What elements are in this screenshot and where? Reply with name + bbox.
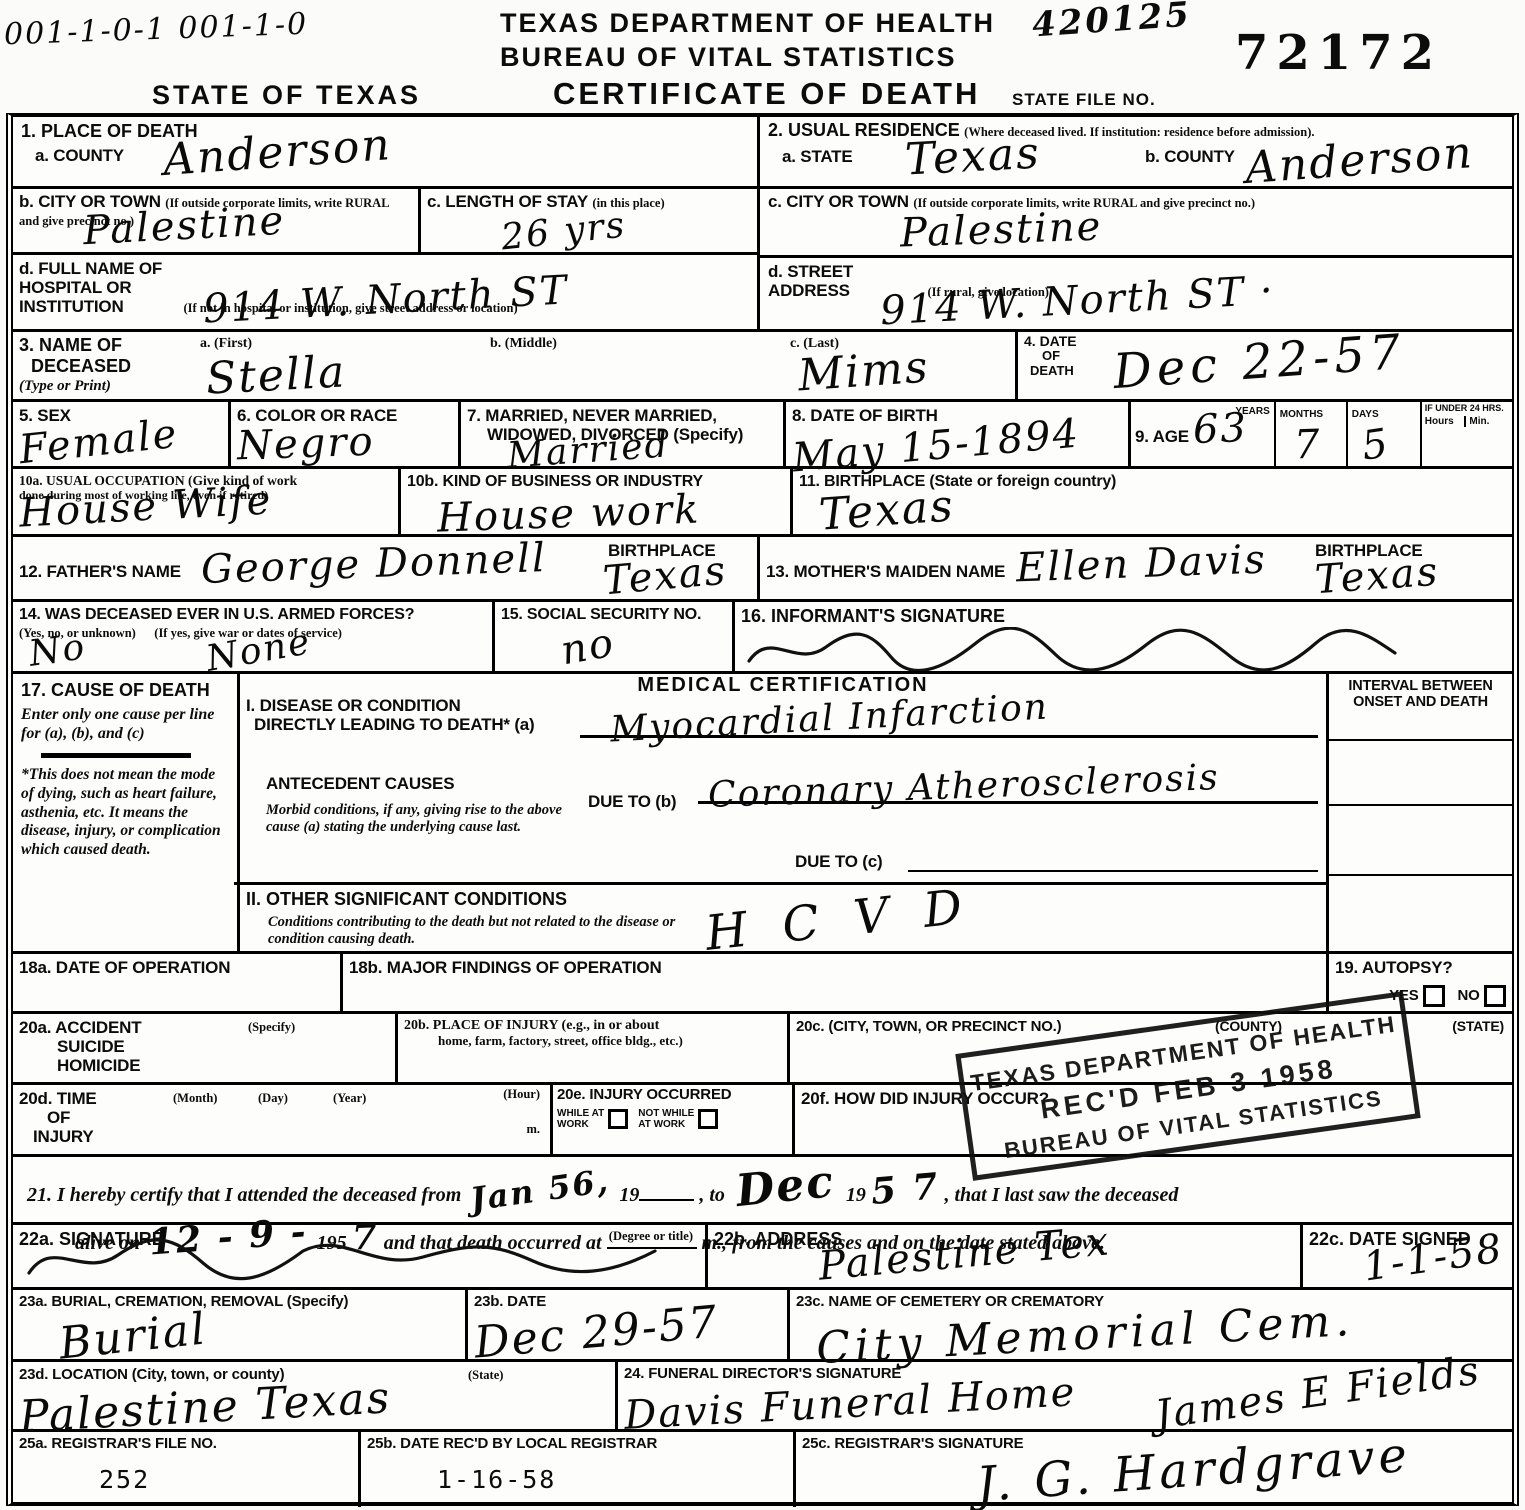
s1d-label: d. FULL NAME OF HOSPITAL OR INSTITUTION [19,259,179,316]
row-place-residence: 1. PLACE OF DEATH a. COUNTY Anderson b. … [13,117,1512,332]
s20c-label: 20c. (CITY, TOWN, OR PRECINCT NO.) [796,1018,1061,1035]
section-14-armed-forces: 14. WAS DECEASED EVER IN U.S. ARMED FORC… [13,602,495,671]
s3-title2: DECEASED [31,356,192,377]
section-25b: 25b. DATE REC'D BY LOCAL REGISTRAR 1-16-… [361,1432,796,1507]
cause-b-value: Coronary Atherosclerosis [707,757,1220,816]
department-line: TEXAS DEPARTMENT OF HEALTH [500,8,995,39]
s1c-stay-value: 26 yrs [499,205,628,259]
row-occupation-birthplace: 10a. USUAL OCCUPATION (Give kind of work… [13,469,1512,537]
s21-text4: 19 [846,1184,866,1206]
s23d-state-note: (State) [468,1368,503,1382]
s6-value: Negro [236,419,375,470]
interval-label1: INTERVAL BETWEEN [1333,678,1508,694]
s20e-label: 20e. INJURY OCCURRED [557,1087,788,1104]
section-24: 24. FUNERAL DIRECTOR'S SIGNATURE Davis F… [618,1362,1512,1429]
funeral-director-signature: James E Fields [1153,1347,1484,1438]
s23a-label: 23a. BURIAL, CREMATION, REMOVAL (Specify… [19,1294,459,1311]
s16-label: 16. INFORMANT'S SIGNATURE [741,606,1506,627]
s1b-city-value: Palestine [82,198,286,255]
s2b-label: b. COUNTY [1145,147,1235,166]
s9-hours-label: Hours [1425,416,1467,427]
s17-label: 17. CAUSE OF DEATH [21,680,229,701]
section-17-sidebar: 17. CAUSE OF DEATH Enter only one cause … [13,674,240,951]
s25a-label: 25a. REGISTRAR'S FILE NO. [19,1436,352,1453]
s20d-day: (Day) [258,1091,288,1105]
s9-months-value: 7 [1293,422,1322,469]
row-physician: 22a. SIGNATURE (Degree or title) 22b. AD… [13,1225,1512,1290]
row-burial: 23a. BURIAL, CREMATION, REMOVAL (Specify… [13,1290,1512,1362]
s20b-note: home, farm, factory, street, office bldg… [438,1034,781,1049]
s1d-address-value: 914 W. North ST [202,267,569,332]
s20a-label1: 20a. ACCIDENT [19,1018,389,1037]
s20a-note: (Specify) [248,1020,295,1034]
section-23d: 23d. LOCATION (City, town, or county) (S… [13,1362,618,1429]
s9-label: 9. AGE [1135,427,1189,446]
s25a-value: 252 [99,1465,352,1494]
section-23c: 23c. NAME OF CEMETERY OR CREMATORY City … [790,1290,1512,1359]
s3-middle-label: b. (Middle) [490,336,557,351]
s13-bp-value: Texas [1314,549,1441,604]
s9-months-label: MONTHS [1280,409,1323,420]
s9-min-label: Min. [1466,416,1509,427]
header: 001-1-0-1 001-1-0 TEXAS DEPARTMENT OF HE… [0,0,1525,113]
s11-value: Texas [817,480,956,540]
s17-sidebar2: *This does not mean the mode of dying, s… [21,766,229,859]
due-to-c-label: DUE TO (c) [795,852,882,871]
section-3-name: 3. NAME OF DECEASED (Type or Print) a. (… [13,332,1018,399]
while-at-work-checkbox [608,1109,628,1129]
cause-c-line [908,842,1318,872]
s18a-label: 18a. DATE OF OPERATION [19,958,334,977]
section-2-usual-residence: 2. USUAL RESIDENCE (Where deceased lived… [760,117,1512,329]
s9-under24-label: IF UNDER 24 HRS. [1425,404,1509,414]
s21-from-value: Jan 56, [468,1161,612,1218]
s20b-label: 20b. PLACE OF INJURY (e.g., in or about [404,1018,781,1034]
s12-label: 12. FATHER'S NAME [19,562,181,581]
autopsy-no-label: NO [1457,987,1479,1004]
not-while-at-work-checkbox [698,1109,718,1129]
informant-signature [741,627,1401,671]
s23a-value: Burial [57,1303,210,1369]
certificate-title: CERTIFICATE OF DEATH [553,76,980,112]
physician-signature [23,1233,663,1283]
sidebar-divider [41,753,191,758]
section-10a-occupation: 10a. USUAL OCCUPATION (Give kind of work… [13,469,401,534]
s21-text5: , that I last saw the deceased [944,1184,1178,1206]
autopsy-yes-checkbox [1423,985,1445,1007]
section-18a: 18a. DATE OF OPERATION [13,954,343,1011]
s21-text1: 21. I hereby certify that I attended the… [27,1184,461,1206]
s7-label: 7. MARRIED, NEVER MARRIED, [467,406,777,425]
section-5-sex: 5. SEX Female [13,402,231,466]
s20d-label3: INJURY [33,1127,544,1146]
row-medical-certification: 17. CAUSE OF DEATH Enter only one cause … [13,674,1512,954]
section-12-father: 12. FATHER'S NAME BIRTHPLACE George Donn… [13,537,760,599]
s21-to-value: Dec [733,1156,837,1219]
s3-first-value: Stella [205,346,348,404]
interval-line-b [1329,804,1512,806]
s18b-label: 18b. MAJOR FINDINGS OF OPERATION [349,958,1320,977]
antecedent-label: ANTECEDENT CAUSES [266,774,454,793]
s25b-value: 1-16-58 [437,1465,787,1494]
s25b-label: 25b. DATE REC'D BY LOCAL REGISTRAR [367,1436,787,1453]
s1c-label: c. LENGTH OF STAY [427,192,588,211]
s12-value: George Donnell [201,535,548,593]
due-to-b-label: DUE TO (b) [588,792,676,811]
interval-line-c [1329,874,1512,876]
section-20a: 20a. ACCIDENT SUICIDE HOMICIDE (Specify) [13,1014,398,1082]
section-22c: 22c. DATE SIGNED 1-1-58 [1303,1225,1512,1287]
s3-title: 3. NAME OF [19,335,192,356]
certificate-form: 1. PLACE OF DEATH a. COUNTY Anderson b. … [6,113,1519,1506]
row-registrar: 25a. REGISTRAR'S FILE NO. 252 25b. DATE … [13,1432,1512,1507]
state-file-no-label: STATE FILE NO. [1012,90,1156,110]
section-20e: 20e. INJURY OCCURRED WHILE ATWORK NOT WH… [553,1085,795,1154]
s12-bp-value: Texas [601,548,729,605]
s17-part1-label2: DIRECTLY LEADING TO DEATH* (a) [254,715,535,734]
section-20b: 20b. PLACE OF INJURY (e.g., in or about … [398,1014,790,1082]
section-18b: 18b. MAJOR FINDINGS OF OPERATION [343,954,1329,1011]
row-location-director: 23d. LOCATION (City, town, or county) (S… [13,1362,1512,1432]
s14-value1: No [26,626,88,675]
section-25c: 25c. REGISTRAR'S SIGNATURE J. G. Hardgra… [796,1432,1512,1507]
s20c-state-label: (STATE) [1452,1019,1504,1035]
s3-first-label: a. (First) [200,336,252,351]
interval-column: INTERVAL BETWEEN ONSET AND DEATH [1329,674,1512,951]
row-certify-statement: 21. I hereby certify that I attended the… [13,1157,1512,1225]
antecedent-note: Morbid conditions, if any, giving rise t… [266,802,571,837]
s20a-label2: SUICIDE [57,1037,389,1056]
section-9-age: 9. AGE YEARS 63 MONTHS 7 DAYS 5 IF UNDER… [1131,402,1512,466]
section-6-race: 6. COLOR OR RACE Negro [231,402,461,466]
section-1-place-of-death: 1. PLACE OF DEATH a. COUNTY Anderson b. … [13,117,760,329]
section-4-date-of-death: 4. DATE OF DEATH Dec 22-57 [1018,332,1512,399]
bureau-line: BUREAU OF VITAL STATISTICS [500,42,957,73]
s2c-city-value: Palestine [899,203,1103,256]
cause-b-line: Coronary Atherosclerosis [698,766,1318,804]
s20d-month: (Month) [173,1091,217,1105]
section-22b: 22b. ADDRESS Palestine Tex [708,1225,1303,1287]
s20e-while-label: WHILE ATWORK [557,1108,604,1130]
section-8-dob: 8. DATE OF BIRTH May 15-1894 [786,402,1131,466]
section-10b-industry: 10b. KIND OF BUSINESS OR INDUSTRY House … [401,469,793,534]
s21-text2: 19 [619,1184,639,1206]
row-forces-ssn-informant: 14. WAS DECEASED EVER IN U.S. ARMED FORC… [13,602,1512,674]
section-11-birthplace: 11. BIRTHPLACE (State or foreign country… [793,469,1512,534]
handwritten-number: 420125 [1031,0,1193,46]
row-operation-autopsy: 18a. DATE OF OPERATION 18b. MAJOR FINDIN… [13,954,1512,1014]
section-15-ssn: 15. SOCIAL SECURITY NO. no [495,602,735,671]
s9-days-value: 5 [1359,420,1393,469]
state-of-texas: STATE OF TEXAS [152,80,421,111]
s17-part1-label1: I. DISEASE OR CONDITION [246,696,461,715]
medical-certification-title: MEDICAL CERTIFICATION [240,674,1326,697]
s14-label: 14. WAS DECEASED EVER IN U.S. ARMED FORC… [19,606,486,624]
s2a-state-value: Texas [904,127,1042,185]
s3-subtitle: (Type or Print) [19,377,192,395]
handwritten-ledger-codes: 001-1-0-1 001-1-0 [3,7,308,53]
row-sex-race-age: 5. SEX Female 6. COLOR OR RACE Negro 7. … [13,402,1512,469]
s20d-year: (Year) [333,1091,366,1105]
s20d-hour: (Hour) [503,1087,540,1101]
s15-label: 15. SOCIAL SECURITY NO. [501,606,726,624]
section-23b: 23b. DATE Dec 29-57 [468,1290,790,1359]
part2-divider [234,882,1329,885]
part2-label: II. OTHER SIGNIFICANT CONDITIONS [246,889,567,910]
section-22a: 22a. SIGNATURE (Degree or title) [13,1225,708,1287]
interval-label2: ONSET AND DEATH [1333,694,1508,710]
section-7-marital: 7. MARRIED, NEVER MARRIED, WIDOWED, DIVO… [461,402,786,466]
s20e-notwhile-label: NOT WHILEAT WORK [638,1108,694,1130]
section-25a: 25a. REGISTRAR'S FILE NO. 252 [13,1432,361,1507]
cause-a-line: Myocardial Infarction [580,698,1318,738]
s20a-label3: HOMICIDE [57,1056,389,1075]
state-file-number: 72172 [1235,25,1442,81]
interval-line-a [1329,739,1512,741]
section-17-medical: MEDICAL CERTIFICATION I. DISEASE OR COND… [240,674,1329,951]
s21-to-year-value: 5 7 [869,1165,941,1214]
row-name-dod: 3. NAME OF DECEASED (Type or Print) a. (… [13,332,1512,402]
s17-sidebar1: Enter only one cause per line for (a), (… [21,705,229,743]
s2d-label: d. STREET ADDRESS [768,262,863,300]
death-certificate-scan: 001-1-0-1 001-1-0 TEXAS DEPARTMENT OF HE… [0,0,1525,1510]
section-16-informant: 16. INFORMANT'S SIGNATURE [735,602,1512,671]
s19-label: 19. AUTOPSY? [1335,958,1506,977]
section-23a: 23a. BURIAL, CREMATION, REMOVAL (Specify… [13,1290,468,1359]
row-parents: 12. FATHER'S NAME BIRTHPLACE George Donn… [13,537,1512,602]
part2-note: Conditions contributing to the death but… [268,914,708,949]
s9-days-label: DAYS [1352,409,1379,420]
s10b-value: House work [436,486,701,541]
s2d-street-value: 914 W. North ST · [879,268,1276,335]
s20d-label2: OF [47,1108,544,1127]
s10b-label: 10b. KIND OF BUSINESS OR INDUSTRY [407,473,784,491]
autopsy-no-checkbox [1484,985,1506,1007]
s9-years-value: 63 [1193,405,1249,453]
s3-last-value: Mims [796,341,931,401]
section-13-mother: 13. MOTHER'S MAIDEN NAME BIRTHPLACE Elle… [760,537,1512,599]
s13-value: Ellen Davis [1015,537,1267,592]
s20d-m: m. [526,1122,540,1136]
part2-value: H C V D [703,878,975,962]
s21-text3: , to [699,1184,725,1206]
section-20d: 20d. TIME OF INJURY (Month) (Day) (Year)… [13,1085,553,1154]
s15-value: no [557,620,618,675]
s13-label: 13. MOTHER'S MAIDEN NAME [766,562,1005,581]
s2c-label: c. CITY OR TOWN [768,192,909,211]
